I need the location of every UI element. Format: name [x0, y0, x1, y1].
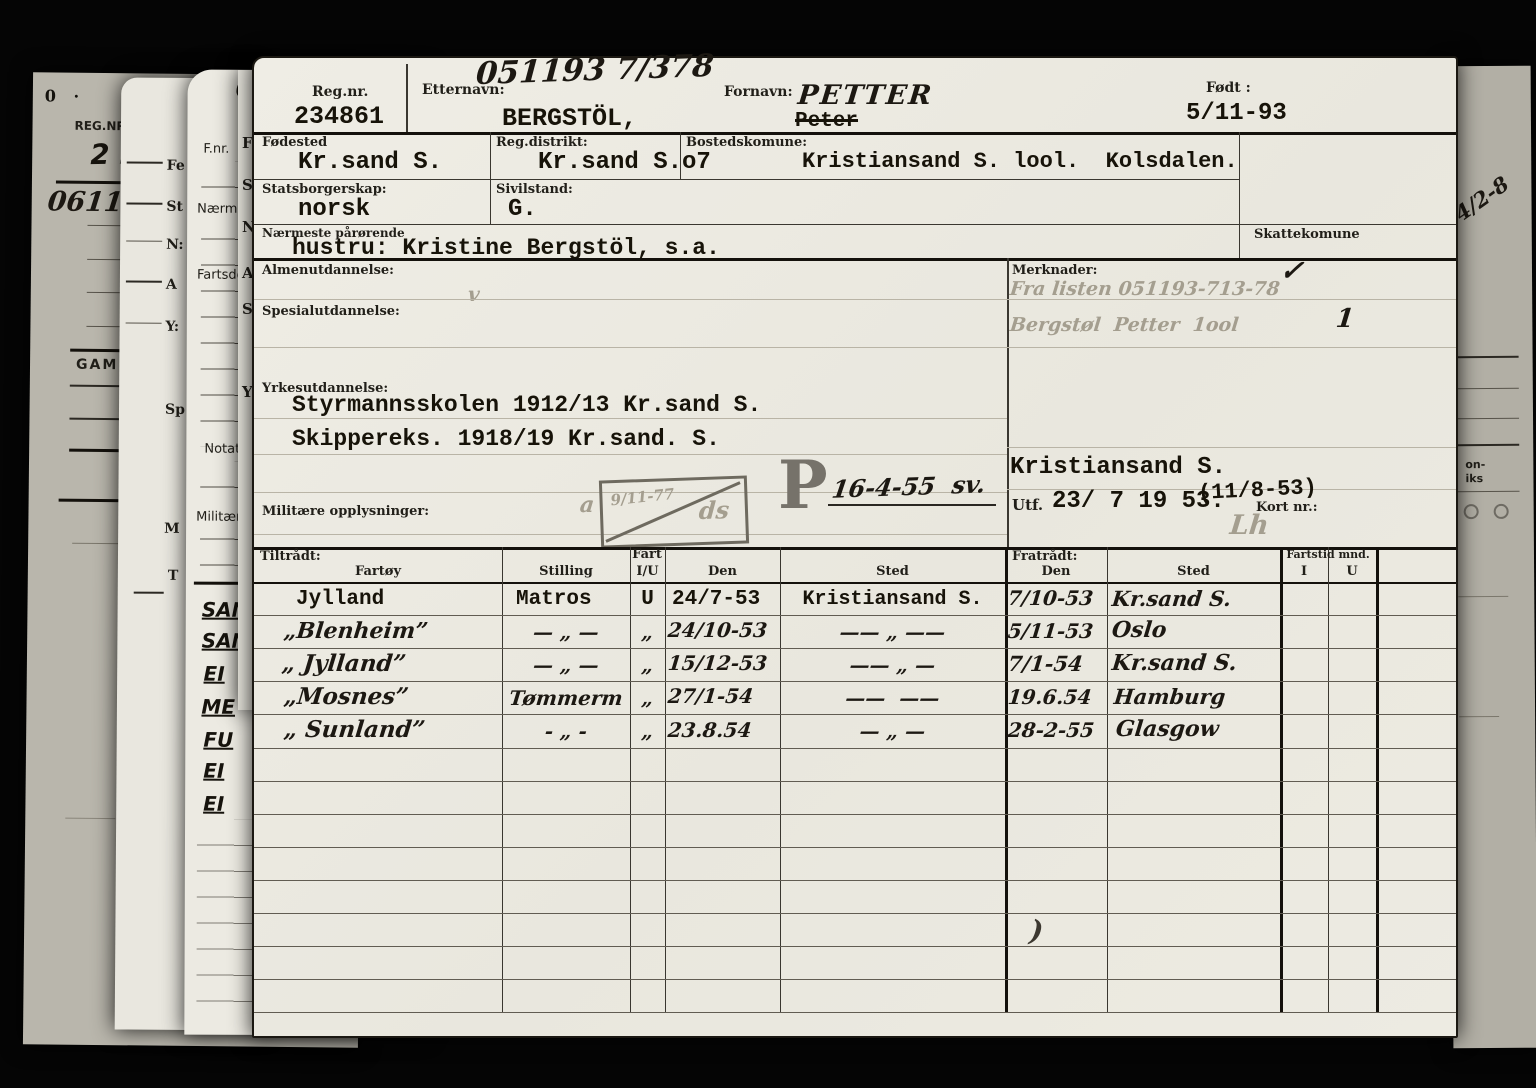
cell-fart: „: [629, 686, 667, 710]
cell-fra-sted: Hamburg: [1113, 684, 1227, 709]
cell-sted: —— „ ——: [779, 620, 1007, 644]
statsborgerskap-value: norsk: [298, 196, 370, 223]
regdistrikt-value: Kr.sand S.o7: [538, 149, 711, 176]
regnr-value: 234861: [294, 102, 384, 131]
fodested-value: Kr.sand S.: [298, 149, 442, 176]
fnr-label: F.nr.: [203, 142, 229, 157]
cancellation-stamp-box: 9/11-77 ds: [599, 475, 749, 548]
fodested-label: Fødested: [262, 135, 327, 150]
spesialutdannelse-label: Spesialutdannelse:: [262, 304, 400, 319]
col-fra-den: Den: [1005, 564, 1107, 579]
fornavn-label: Fornavn:: [724, 84, 793, 100]
fornavn-handwritten: PETTER: [796, 80, 934, 111]
cell-fra-sted: Glasgow: [1115, 716, 1221, 742]
fnr-entry: FU: [203, 728, 233, 752]
cell-sted: —— „ —: [779, 653, 1007, 677]
cell-stilling: — „ —: [501, 653, 632, 677]
merknader-check-icon: ✓: [1278, 254, 1305, 287]
cell-fra-sted: Kr.sand S.: [1111, 586, 1233, 611]
tiltradt-label: Tiltrådt:: [260, 549, 321, 564]
mid-card-label: Y:: [166, 319, 180, 335]
utf-label: Utf.: [1012, 496, 1043, 514]
cell-fartoy: „ Sunland”: [283, 716, 427, 743]
yrkesutdannelse-line1: Styrmannsskolen 1912/13 Kr.sand S.: [292, 392, 761, 418]
cell-fra-den: 5/11-53: [1007, 619, 1095, 643]
background-card-right: 4/2-8 on- iks: [1447, 66, 1536, 1049]
registration-place: Kristiansand S.: [1010, 454, 1226, 481]
cell-fart: „: [629, 620, 667, 644]
top-annotation: 051193 7/378: [475, 48, 715, 92]
cell-fra-sted: Oslo: [1111, 617, 1168, 643]
yrkesutdannelse-line2: Skippereks. 1918/19 Kr.sand. S.: [292, 426, 720, 452]
cell-den: 23.8.54: [667, 718, 753, 742]
right-card-fragment-2: iks: [1465, 472, 1483, 485]
bostedskomune-label: Bostedskomune:: [686, 135, 807, 150]
registration-initials: Lh: [1228, 510, 1270, 541]
cell-fartoy: Jylland: [296, 588, 384, 611]
cell-den: 15/12-53: [667, 651, 769, 675]
merknader-ink-mark: 1: [1334, 304, 1355, 334]
cell-fartoy: „Blenheim”: [283, 618, 430, 644]
right-card-hand-note: 4/2-8: [1450, 171, 1514, 226]
stray-pen-mark: ): [1028, 914, 1045, 947]
mid-card-label: N:: [166, 237, 184, 253]
cell-den: 24/10-53: [667, 618, 769, 642]
skattekomune-label: Skattekomune: [1254, 227, 1360, 242]
mid-card-label: St: [166, 199, 183, 215]
col-fra-sted: Sted: [1107, 564, 1280, 579]
regnr-label: Reg.nr.: [312, 84, 368, 100]
col-stilling: Stilling: [502, 564, 630, 579]
almenutdannelse-label: Almenutdannelse:: [262, 263, 394, 278]
seaman-register-card: Reg.nr. 234861 Etternavn: BERGSTÖL, 0511…: [252, 56, 1458, 1038]
stamp-a-mark: a: [579, 492, 596, 518]
archive-scan: 0 · 1 · REG.NR.; 2 2 4 : 061193- GAMMEL …: [0, 0, 1536, 1088]
fodt-label: Født :: [1206, 80, 1251, 96]
militare-label: Militære opplysninger:: [262, 504, 429, 519]
col-sted: Sted: [780, 564, 1005, 579]
registration-date-note: 16-4-55 sv.: [830, 469, 988, 504]
cell-fart: U: [630, 588, 665, 611]
fnr-entry: ME: [201, 695, 235, 719]
cell-stilling: — „ —: [501, 620, 632, 644]
bostedskomune-value: Kristiansand S. lool. Kolsdalen.: [802, 149, 1238, 174]
cell-stilling: Tømmerm: [501, 686, 632, 710]
punch-hole: [1494, 504, 1509, 519]
merknader-label: Merknader:: [1012, 263, 1097, 278]
cell-sted: — „ —: [779, 719, 1007, 743]
merknader-pencil-line2: Bergstøl Petter 1ool: [1009, 314, 1240, 336]
mid-card-label: Fe: [167, 158, 185, 174]
etternavn-value: BERGSTÖL,: [502, 104, 637, 133]
cell-stilling: - „ -: [501, 719, 632, 743]
mid-card-label: M: [164, 521, 180, 537]
fratradt-label: Fratrådt:: [1012, 549, 1077, 564]
statsborgerskap-label: Statsborgerskap:: [262, 182, 387, 197]
almen-pencil-mark: v: [467, 282, 481, 306]
col-fart: Fart: [624, 547, 670, 562]
fodt-value: 5/11-93: [1186, 100, 1287, 127]
cell-den: 24/7-53: [672, 588, 760, 611]
col-i: I: [1280, 564, 1328, 579]
punch-hole: [1464, 504, 1479, 519]
cell-fra-den: 19.6.54: [1007, 685, 1093, 709]
cell-fartoy: „ Jylland”: [281, 650, 408, 677]
fornavn-struck: Peter: [795, 110, 858, 133]
mid-card-label: Sp: [165, 402, 185, 418]
fnr-entry: EI: [203, 792, 224, 816]
sivilstand-label: Sivilstand:: [496, 182, 573, 197]
cell-fra-den: 7/1-54: [1007, 651, 1084, 676]
right-card-fragment-1: on-: [1465, 458, 1485, 471]
col-fartoy: Fartøy: [254, 564, 502, 579]
sivilstand-value: G.: [508, 196, 537, 223]
cell-fart: „: [629, 719, 667, 743]
mid-card-label: T: [168, 568, 179, 584]
col-u: U: [1328, 564, 1376, 579]
cell-den: 27/1-54: [667, 684, 755, 708]
merknader-pencil-line1: Fra listen 051193-713-78: [1009, 278, 1281, 300]
stamp-box-initials: ds: [698, 495, 730, 525]
col-fart-iu: I/U: [630, 564, 665, 579]
fnr-entry: EI: [204, 662, 225, 686]
fnr-entry: EI: [203, 759, 224, 783]
cell-stilling: Matros: [516, 588, 592, 611]
cell-sted: Kristiansand S.: [780, 588, 1005, 611]
cell-fra-sted: Kr.sand S.: [1111, 650, 1239, 676]
cell-fartoy: „Mosnes”: [283, 683, 410, 710]
cell-sted: —— ——: [779, 686, 1007, 710]
col-fartstid: Fartstid mnd.: [1280, 548, 1376, 561]
mid-card-label: A: [166, 277, 177, 293]
col-den: Den: [665, 564, 780, 579]
p-stamp: P: [778, 446, 828, 524]
cell-fra-den: 7/10-53: [1007, 586, 1095, 610]
cell-fra-den: 28-2-55: [1007, 718, 1096, 742]
regdistrikt-label: Reg.distrikt:: [496, 135, 588, 150]
cell-fart: „: [629, 653, 667, 677]
